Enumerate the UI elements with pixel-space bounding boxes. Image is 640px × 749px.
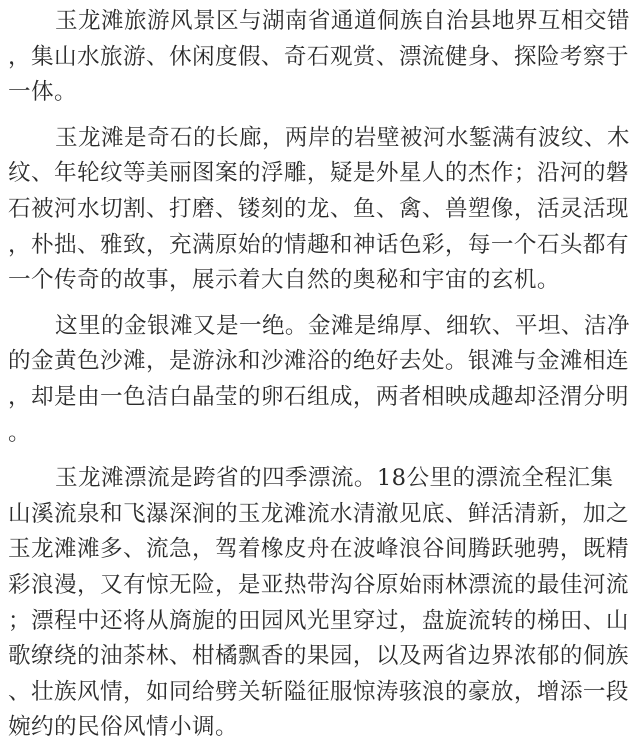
text-line: 歌缭绕的油茶林、柑橘飘香的果园，以及两省边界浓郁的侗族 [8, 639, 640, 675]
text-line: 一体。 [8, 75, 640, 111]
text-line: 婉约的民俗风情小调。 [8, 710, 640, 746]
text-line: 这里的金银滩又是一绝。金滩是绵厚、细软、平坦、洁净 [8, 309, 640, 345]
paragraph-rafting: 玉龙滩漂流是跨省的四季漂流。18公里的漂流全程汇集 山溪流泉和飞瀑深涧的玉龙滩流… [8, 461, 640, 746]
text-line: 、壮族风情，如同给劈关斩隘征服惊涛骇浪的豪放，增添一段 [8, 675, 640, 711]
paragraph-intro: 玉龙滩旅游风景区与湖南省通道侗族自治县地界互相交错 ，集山水旅游、休闲度假、奇石… [8, 4, 640, 111]
text-line: ，朴拙、雅致，充满原始的情趣和神话色彩，每一个石头都有 [8, 228, 640, 264]
text-line: 石被河水切割、打磨、镂刻的龙、鱼、禽、兽塑像，活灵活现 [8, 192, 640, 228]
text-line: 玉龙滩是奇石的长廊，两岸的岩壁被河水錾满有波纹、木 [8, 121, 640, 157]
text-line: 彩浪漫，又有惊无险，是亚热带沟谷原始雨林漂流的最佳河流 [8, 568, 640, 604]
text-line: 玉龙滩漂流是跨省的四季漂流。18公里的漂流全程汇集 [8, 461, 640, 497]
text-line: 的金黄色沙滩，是游泳和沙滩浴的绝好去处。银滩与金滩相连 [8, 344, 640, 380]
text-line: 纹、年轮纹等美丽图案的浮雕，疑是外星人的杰作；沿河的磐 [8, 156, 640, 192]
paragraph-stones: 玉龙滩是奇石的长廊，两岸的岩壁被河水錾满有波纹、木 纹、年轮纹等美丽图案的浮雕，… [8, 121, 640, 299]
paragraph-beaches: 这里的金银滩又是一绝。金滩是绵厚、细软、平坦、洁净 的金黄色沙滩，是游泳和沙滩浴… [8, 309, 640, 451]
article-body: 玉龙滩旅游风景区与湖南省通道侗族自治县地界互相交错 ，集山水旅游、休闲度假、奇石… [8, 4, 640, 749]
text-line: ，集山水旅游、休闲度假、奇石观赏、漂流健身、探险考察于 [8, 40, 640, 76]
text-line: 一个传奇的故事，展示着大自然的奥秘和宇宙的玄机。 [8, 263, 640, 299]
text-line: 玉龙滩滩多、流急，驾着橡皮舟在波峰浪谷间腾跃驰骋，既精 [8, 532, 640, 568]
text-line: 。 [8, 416, 640, 452]
text-line: 玉龙滩旅游风景区与湖南省通道侗族自治县地界互相交错 [8, 4, 640, 40]
text-line: ；漂程中还将从旖旎的田园风光里穿过，盘旋流转的梯田、山 [8, 604, 640, 640]
text-line: 山溪流泉和飞瀑深涧的玉龙滩流水清澈见底、鲜活清新，加之 [8, 497, 640, 533]
text-line: ，却是由一色洁白晶莹的卵石组成，两者相映成趣却泾渭分明 [8, 380, 640, 416]
